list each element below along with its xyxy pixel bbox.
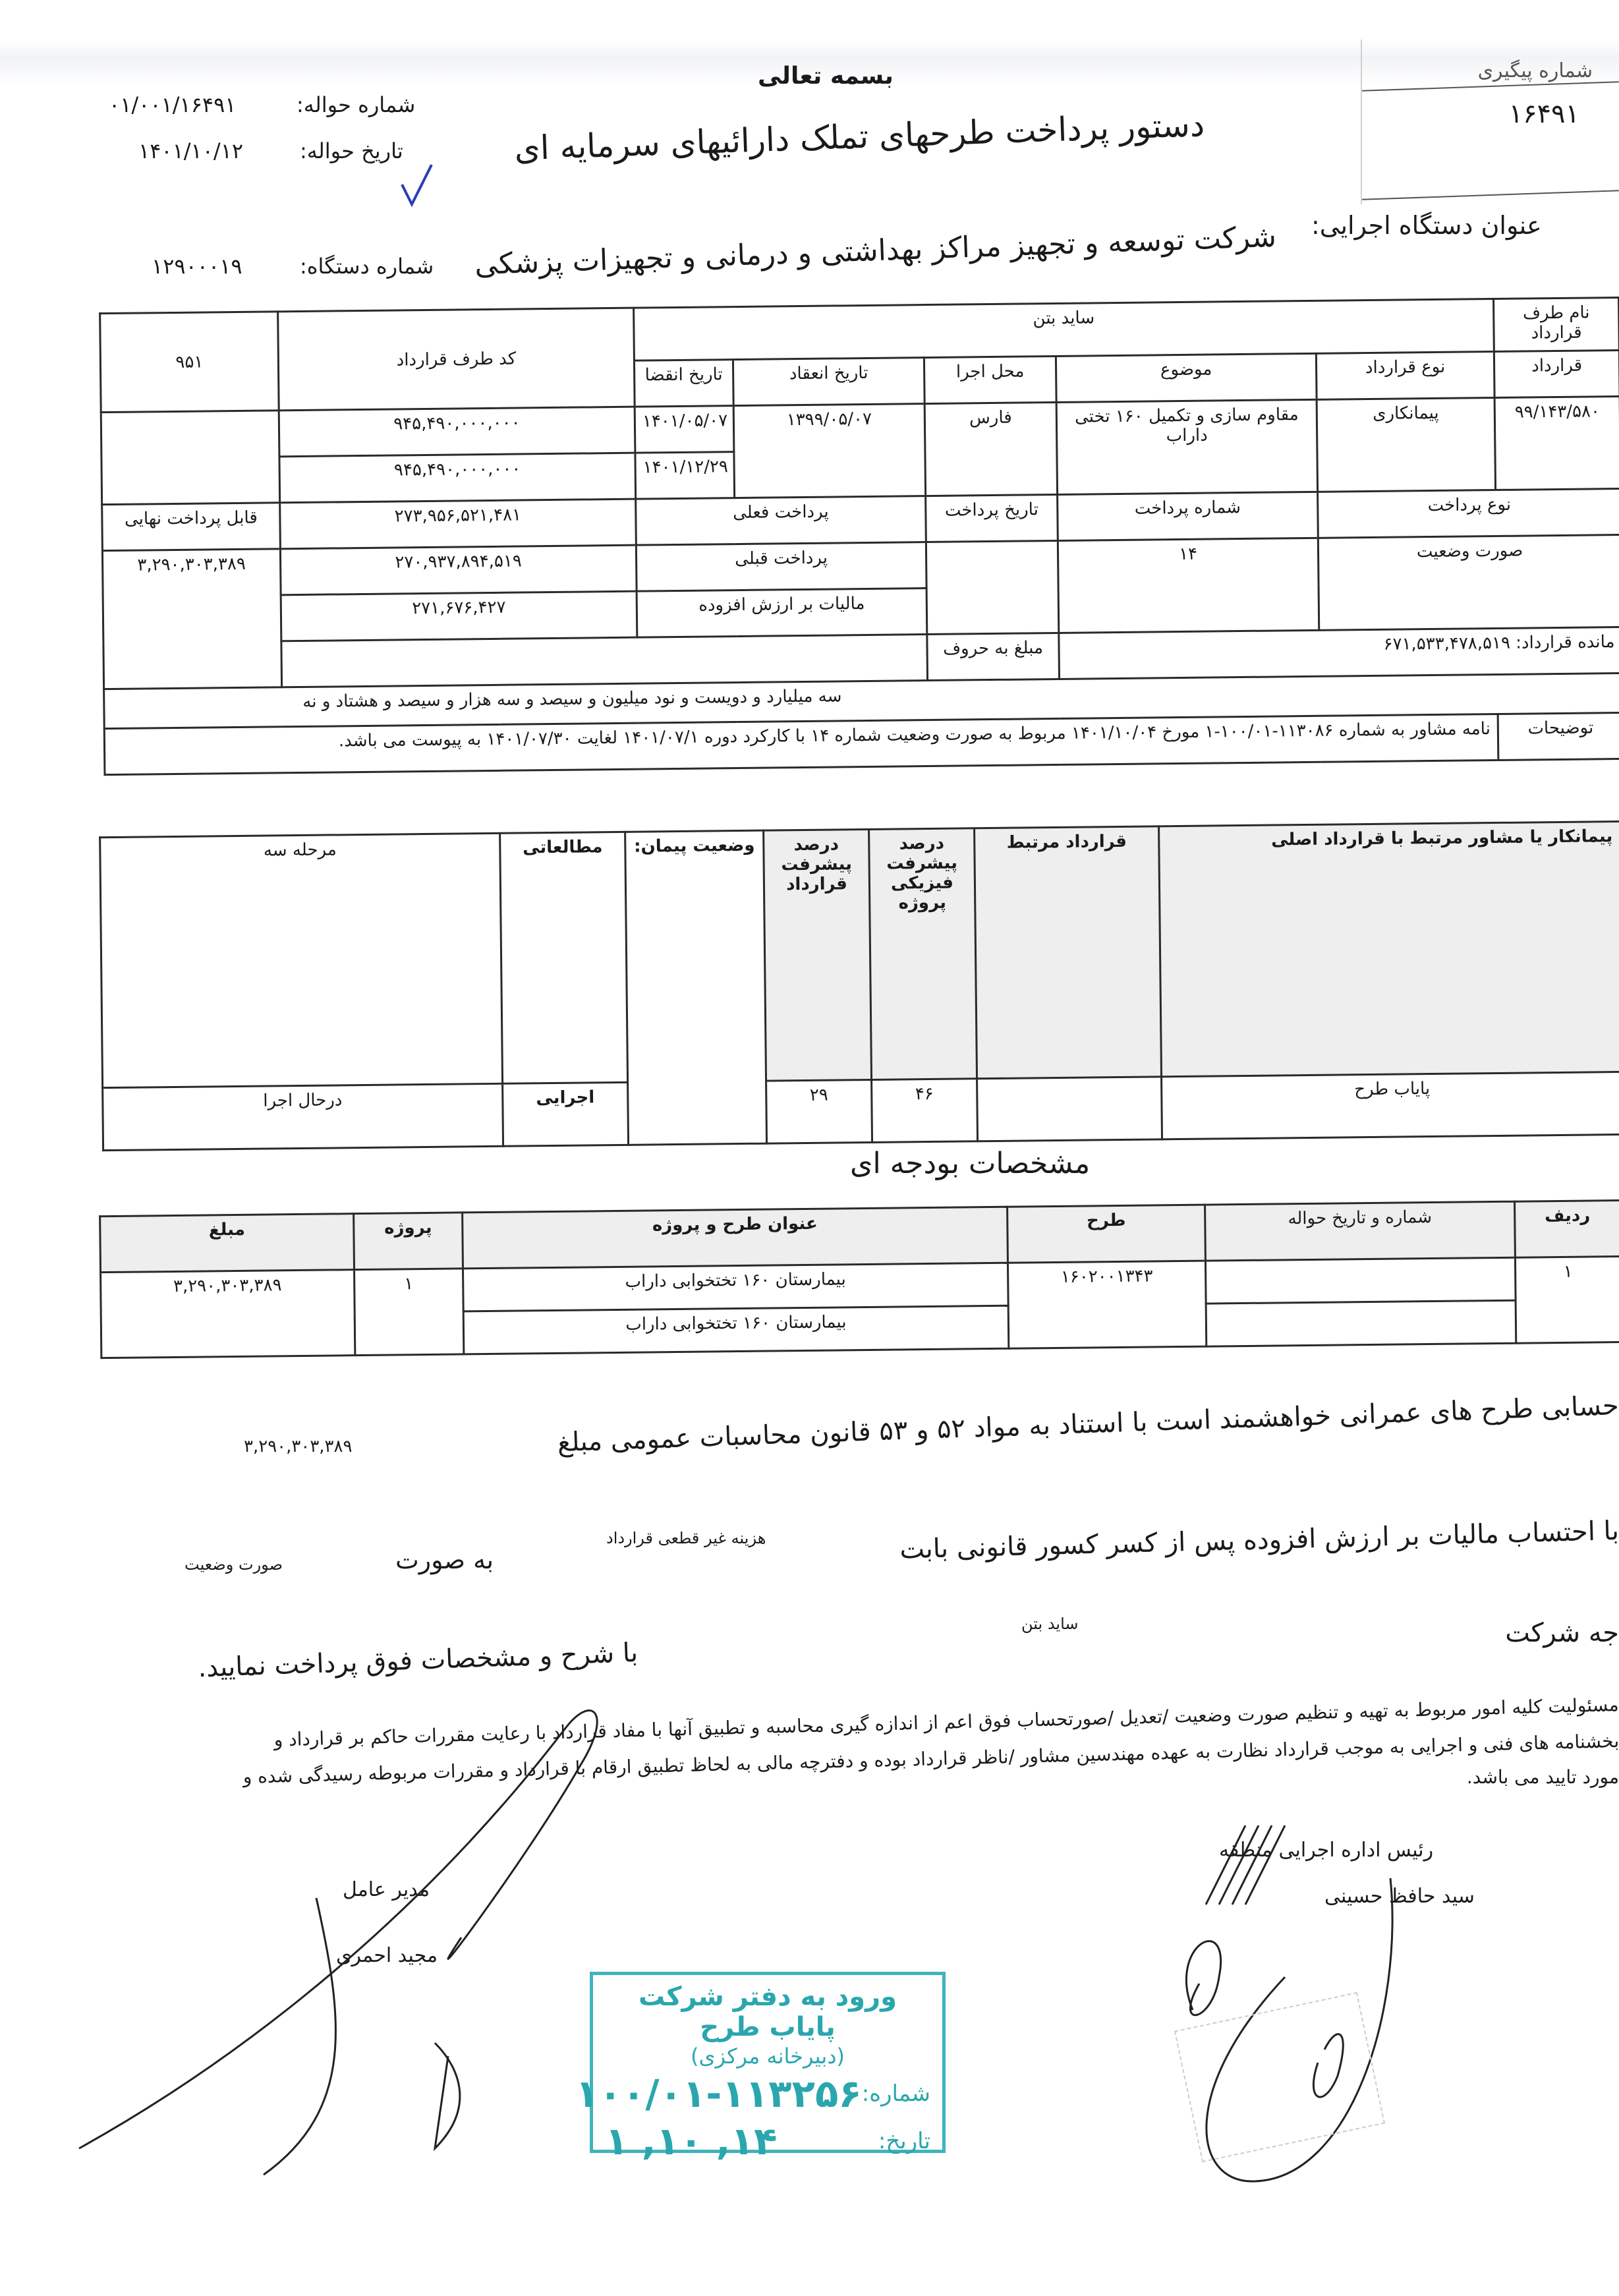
received-stamp: ورود به دفتر شرکت پایاب طرح (دبیرخانه مر…: [590, 1972, 946, 2153]
body-line-2: با احتساب مالیات بر ارزش افزوده پس از کس…: [899, 1516, 1619, 1565]
bismillah-heading: بسمه تعالی: [758, 63, 894, 90]
page-title: دستور پرداخت طرحهای تملک دارائیهای سرمای…: [514, 105, 1205, 168]
exec-label: اجرایی: [503, 1082, 629, 1146]
contractor-label: پیمانکار یا مشاور مرتبط با قرارداد اصلی: [1159, 822, 1619, 1077]
body-as-label: به صورت: [395, 1545, 494, 1574]
current-payment-label: پرداخت فعلی: [636, 496, 926, 546]
contract-subject: مقاوم سازی و تکمیل ۱۶۰ تختی داراب: [1056, 399, 1317, 494]
transfer-number-label: شماره حواله:: [297, 92, 415, 117]
budget-amount: ۳,۲۹۰,۳۰۳,۳۸۹: [101, 1270, 355, 1358]
remaining-cell: مانده قرارداد: ۶۷۱,۵۳۳,۴۷۸,۵۱۹: [1059, 627, 1619, 679]
col-plan: طرح: [1008, 1205, 1206, 1263]
row-number: ۱: [1515, 1257, 1619, 1344]
amount-initial: ۹۴۵,۴۹۰,۰۰۰,۰۰۰: [279, 407, 635, 457]
col-sign-date: تاریخ انعقاد: [733, 358, 924, 406]
project-title: بیمارستان ۱۶۰ تختخوابی داراب: [463, 1306, 1009, 1354]
divider: [1362, 190, 1619, 200]
body-amount: ۳,۲۹۰,۳۰۳,۳۸۹: [244, 1437, 352, 1456]
transfer-date: ۱۴۰۱/۱۰/۱۲: [138, 138, 243, 163]
party-code-label: کد طرف قرارداد: [278, 308, 635, 411]
transfer-number: ۰۱/۰۰۱/۱۶۴۹۱: [109, 92, 236, 117]
agency-name: شرکت توسعه و تجهیز مراکز بهداشتی و درمان…: [474, 220, 1276, 281]
stamp-number: ۱۰۰/۰۱-۱۱۳۲۵۶: [575, 2071, 862, 2116]
contractor-name: پایاب طرح: [1162, 1072, 1619, 1139]
contract-type: پیمانکاری: [1317, 397, 1495, 492]
physical-progress: ۴۶: [872, 1079, 978, 1143]
payment-number-label: شماره پرداخت: [1058, 492, 1319, 540]
physical-progress-label: درصد پیشرفت فیزیکی پروژه: [869, 828, 977, 1080]
final-payable: ۳,۲۹۰,۳۰۳,۳۸۹: [102, 549, 281, 689]
payment-date: [926, 540, 1058, 634]
stamp-title: ورود به دفتر شرکت پایاب طرح: [605, 1982, 930, 2042]
stamp-date: ۱ ,۱۰ ,۱۴: [605, 2119, 777, 2164]
notes-label: توضیحات: [1498, 712, 1619, 760]
payment-type: صورت وضعیت: [1318, 534, 1619, 630]
project-number: ۱: [355, 1269, 464, 1356]
related-contract-label: قرارداد مرتبط: [975, 826, 1162, 1079]
plan-code: ۱۶۰۲۰۰۱۳۴۳: [1008, 1261, 1206, 1348]
legal-line-3: مورد تایید می باشد.: [1467, 1766, 1619, 1788]
transfer-cell: [1205, 1257, 1516, 1304]
vat-label: مالیات بر ارزش افزوده: [637, 588, 927, 638]
col-subject: موضوع: [1056, 353, 1317, 402]
spacer: [281, 635, 928, 687]
body-cost-item: هزینه غیر قطعی قرارداد: [606, 1529, 766, 1547]
col-expiry-date: تاریخ انقضا: [634, 360, 733, 407]
col-transfer: شماره و تاریخ حواله: [1205, 1201, 1516, 1261]
expiry-current: ۱۴۰۱/۱۲/۲۹: [635, 452, 735, 500]
body-line-4: با شرح و مشخصات فوق پرداخت نمایید.: [198, 1638, 639, 1683]
remaining-amount: ۶۷۱,۵۳۳,۴۷۸,۵۱۹: [1383, 633, 1510, 654]
amount-in-words-label: مبلغ به حروف: [927, 633, 1060, 680]
col-plan-title: عنوان طرح و پروژه: [463, 1207, 1008, 1269]
party-code: ۹۵۱: [100, 312, 279, 413]
study-value: مرحله سه: [100, 833, 503, 1087]
agency-number: ۱۲۹۰۰۰۱۹: [152, 254, 242, 279]
stamp-subtitle: (دبیرخانه مرکزی): [605, 2044, 930, 2069]
stamp-number-label: شماره:: [862, 2081, 930, 2107]
tracking-number: ۱۶۴۹۱: [1509, 99, 1579, 129]
amount-current: ۹۴۵,۴۹۰,۰۰۰,۰۰۰: [279, 453, 636, 503]
party-name-label: نام طرف قرارداد: [1494, 298, 1619, 352]
ceo-signature-icon: [66, 1687, 659, 2181]
payment-date-label: تاریخ پرداخت: [926, 494, 1058, 542]
related-contract: [977, 1077, 1162, 1141]
current-payment: ۲۷۳,۹۵۶,۵۲۱,۴۸۱: [280, 499, 637, 549]
transfer-cell-2: [1206, 1300, 1516, 1346]
body-form: صورت وضعیت: [185, 1555, 283, 1574]
col-amount: مبلغ: [100, 1214, 355, 1273]
payment-number: ۱۴: [1058, 538, 1319, 633]
col-contract: قرارداد: [1494, 351, 1619, 398]
divider: [1362, 81, 1619, 92]
supplement-number: [101, 411, 279, 505]
tracking-label: شماره پیگیری: [1478, 59, 1593, 82]
col-project: پروژه: [354, 1213, 463, 1270]
transfer-date-label: تاریخ حواله:: [300, 138, 403, 163]
study-label: مطالعاتی: [500, 832, 628, 1083]
body-line-3: جه شرکت: [1505, 1618, 1619, 1648]
payment-type-label: نوع پرداخت: [1318, 488, 1619, 538]
contract-progress: ۲۹: [766, 1079, 872, 1143]
previous-payment-label: پرداخت قبلی: [636, 542, 926, 592]
body-line-1: حسابی طرح های عمرانی خواهشمند است با است…: [557, 1391, 1619, 1458]
plan-title: بیمارستان ۱۶۰ تختخوابی داراب: [463, 1263, 1009, 1311]
final-payable-label: قابل پرداخت نهایی: [102, 503, 281, 551]
contract-number: ۹۹/۱۴۳/۵۸۰: [1494, 397, 1619, 490]
sign-date: ۱۳۹۹/۰۵/۰۷: [733, 404, 925, 498]
budget-title: مشخصات بودجه ای: [850, 1147, 1090, 1180]
checkmark-icon: [395, 158, 435, 211]
payment-order-document: شماره پیگیری ۱۶۴۹۱ بسمه تعالی دستور پردا…: [0, 0, 1619, 2296]
budget-table: ردیف شماره و تاریخ حواله طرح عنوان طرح و…: [99, 1199, 1619, 1359]
vat-amount: ۲۷۱,۶۷۶,۴۲۷: [281, 591, 637, 641]
stamp-date-label: تاریخ:: [878, 2128, 930, 2154]
col-location: محل اجرا: [924, 356, 1056, 403]
tracking-number-box: شماره پیگیری ۱۶۴۹۱: [1361, 40, 1619, 204]
previous-payment: ۲۷۰,۹۳۷,۸۹۴,۵۱۹: [280, 545, 637, 595]
col-row: ردیف: [1515, 1201, 1619, 1258]
agency-number-label: شماره دستگاه:: [300, 254, 434, 279]
body-company: ساید بتن: [1021, 1615, 1079, 1633]
contract-progress-label: درصد پیشرفت قرارداد: [764, 829, 872, 1081]
party-name: ساید بتن: [634, 299, 1494, 361]
exec-value: درحال اجرا: [103, 1083, 503, 1150]
remaining-label: مانده قرارداد:: [1516, 632, 1615, 653]
progress-table: پیمانکار یا مشاور مرتبط با قرارداد اصلی …: [99, 820, 1619, 1151]
agency-label: عنوان دستگاه اجرایی:: [1311, 211, 1542, 240]
contract-table: نام طرف قرارداد ساید بتن کد طرف قرارداد …: [99, 297, 1619, 776]
col-contract-type: نوع قرارداد: [1316, 352, 1494, 400]
status-label: وضعیت پیمان:: [625, 830, 767, 1145]
location: فارس: [924, 402, 1057, 496]
expiry-initial: ۱۴۰۱/۰۵/۰۷: [635, 406, 734, 453]
